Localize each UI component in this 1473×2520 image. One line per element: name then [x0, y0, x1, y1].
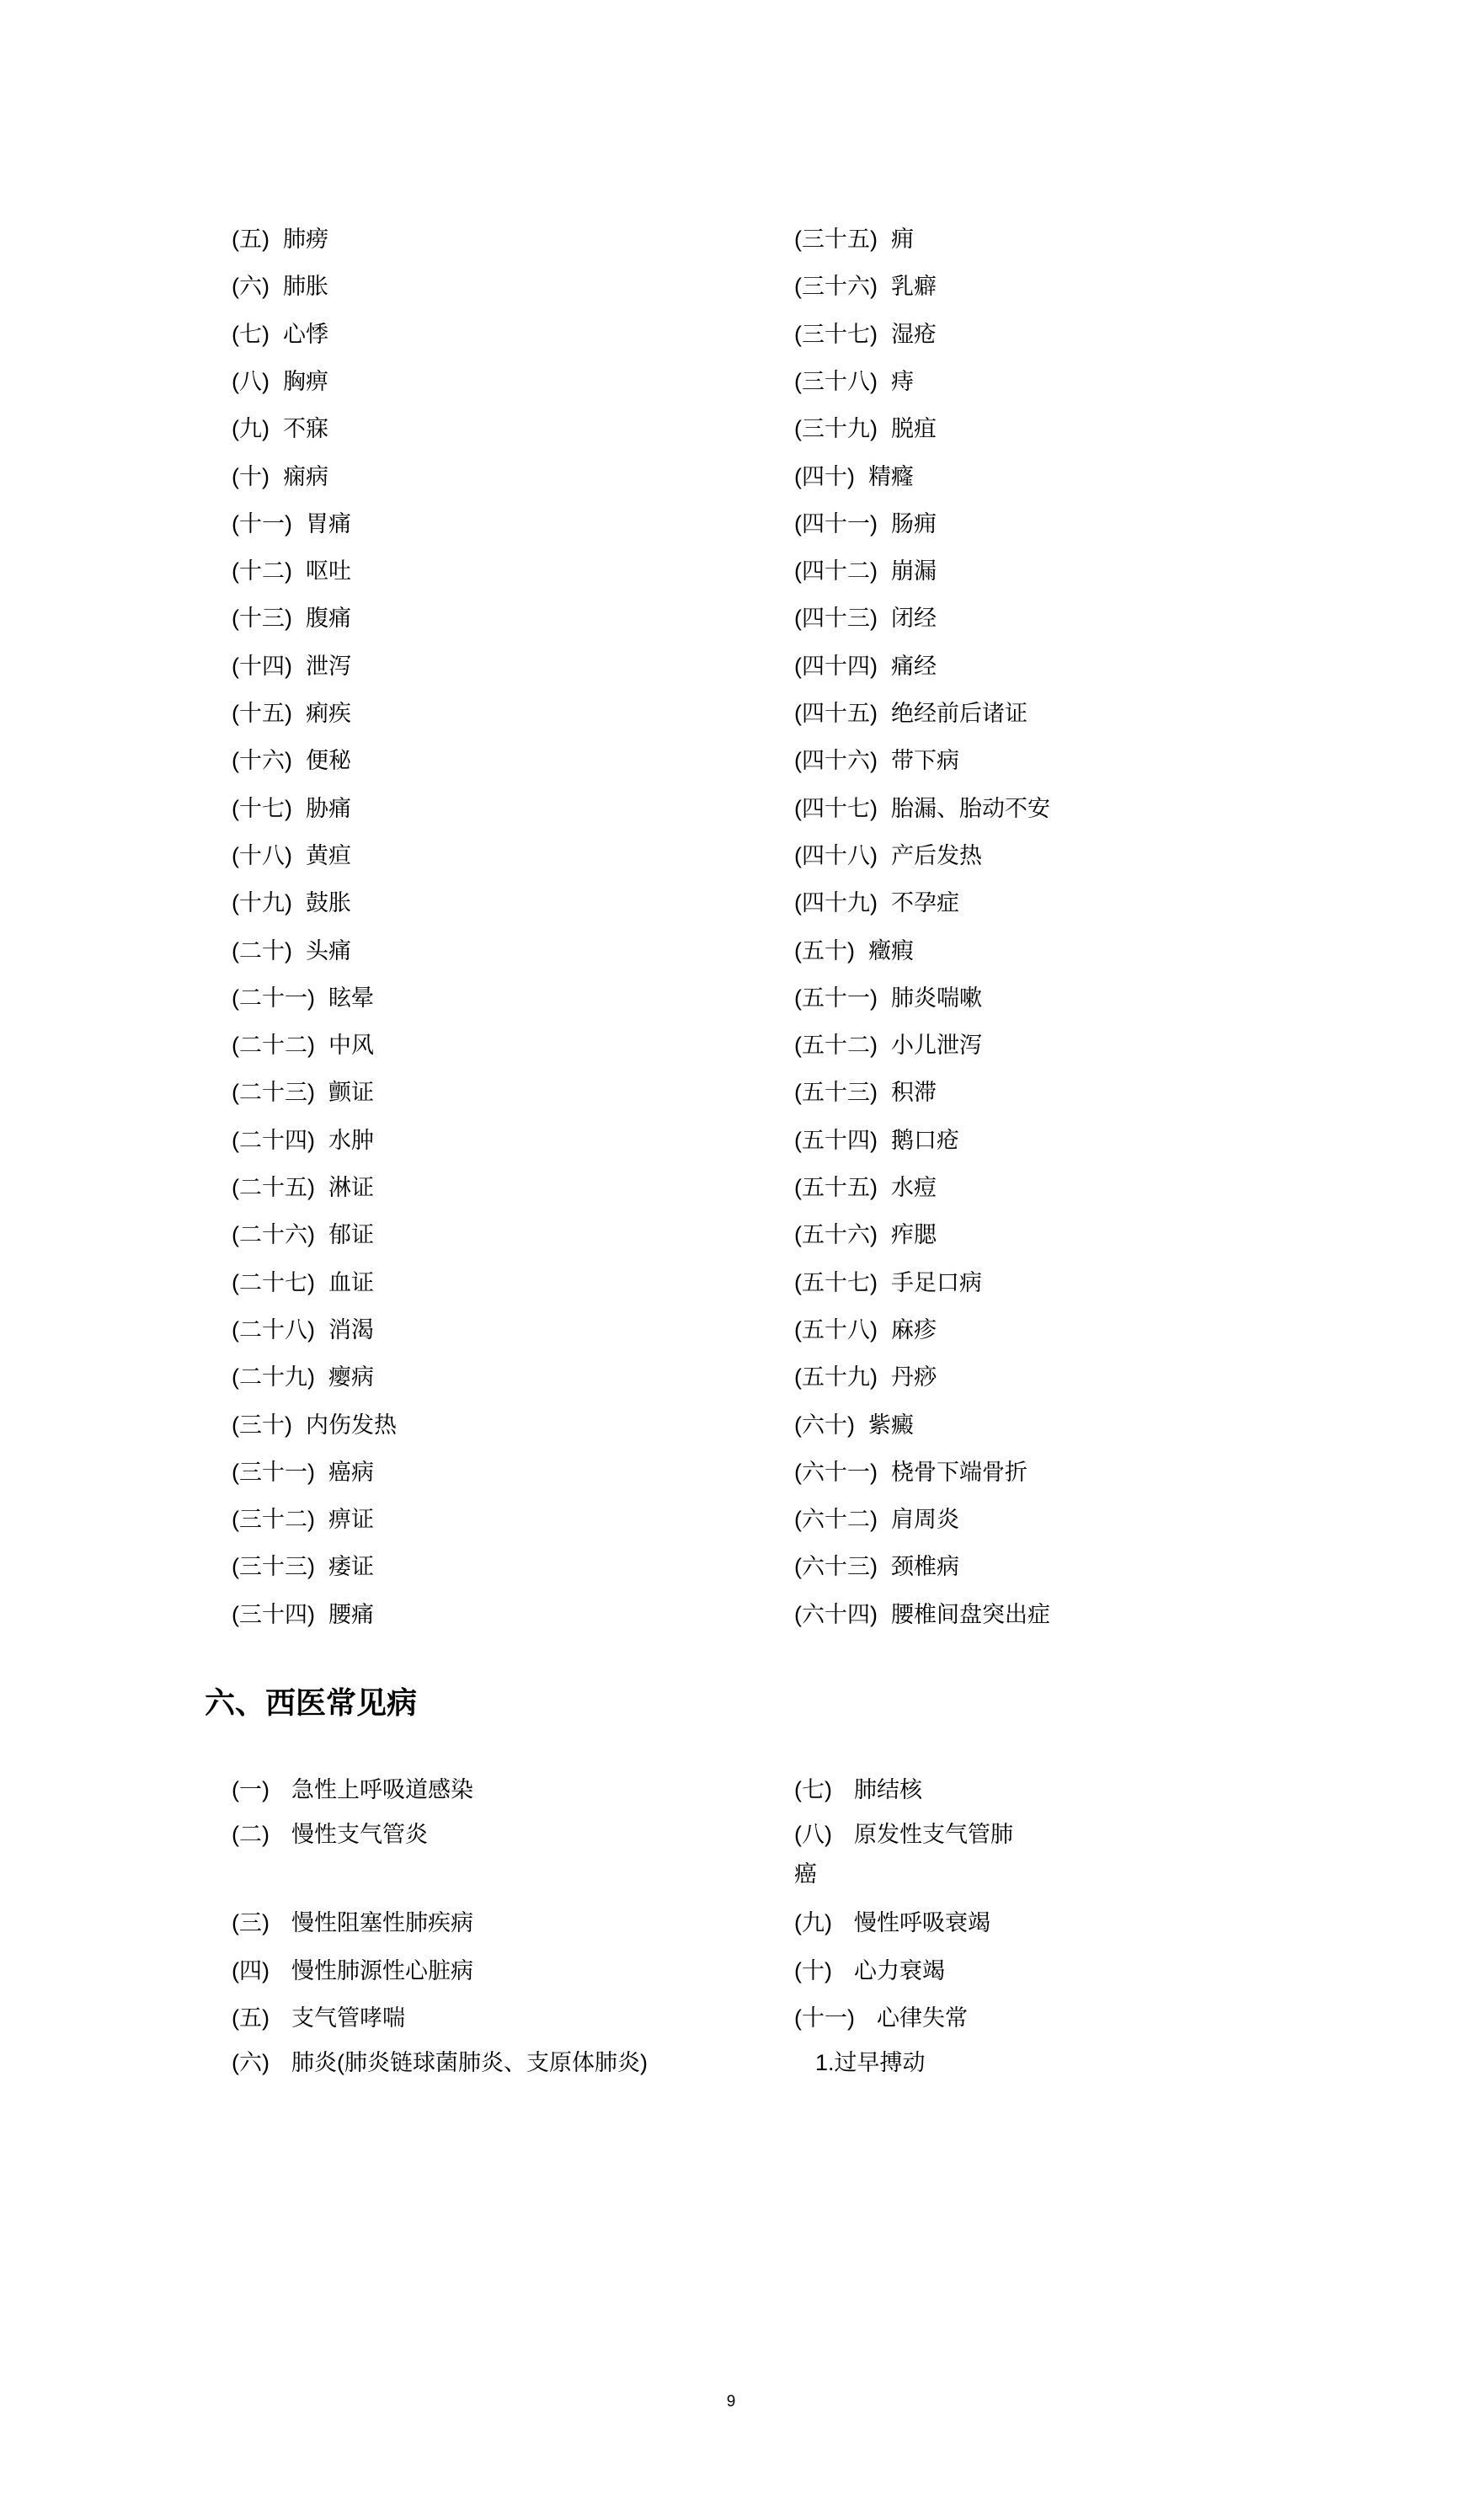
- item-number: (五十): [794, 938, 855, 964]
- item-name: 眩晕: [328, 985, 374, 1011]
- list-item: (二十二)中风: [232, 1028, 374, 1062]
- item-name: 胎漏、胎动不安: [891, 796, 1050, 821]
- list-item: (六十)紫癜: [794, 1408, 914, 1442]
- item-number: (四十三): [794, 606, 878, 631]
- item-number: (二): [232, 1822, 270, 1847]
- list-item: (五十八)麻疹: [794, 1313, 937, 1347]
- list-item: (三十五)痈: [794, 222, 914, 256]
- item-name: 肺胀: [283, 274, 328, 299]
- item-name: 急性上呼吸道感染: [291, 1777, 473, 1802]
- item-name: 慢性肺源性心脏病: [291, 1958, 473, 1983]
- item-name: 呕吐: [306, 558, 351, 584]
- list-item: (二十八)消渴: [232, 1313, 374, 1347]
- item-name: 癥瘕: [868, 938, 914, 964]
- list-item: (二十三)颤证: [232, 1076, 374, 1109]
- item-number: (十七): [232, 796, 292, 821]
- item-name: 痛经: [891, 654, 937, 679]
- item-name: 血证: [328, 1270, 374, 1295]
- list-item: (十六)便秘: [232, 744, 351, 777]
- item-number: (十六): [232, 748, 292, 773]
- item-name: 脱疽: [891, 416, 937, 441]
- section-header: 六、西医常见病: [205, 1684, 417, 1722]
- item-name: 慢性呼吸衰竭: [854, 1910, 990, 1935]
- item-number: (二十三): [232, 1080, 315, 1105]
- list-item-wrapped-line: 癌: [794, 1857, 817, 1891]
- list-item: (五十四)鹅口疮: [794, 1124, 959, 1157]
- item-number: (八): [232, 369, 270, 394]
- item-number: (五十四): [794, 1128, 878, 1153]
- item-name: 胸痹: [283, 369, 328, 394]
- item-name: 痫病: [283, 464, 328, 489]
- item-name: 颈椎病: [891, 1554, 959, 1579]
- item-name: 痢疾: [306, 701, 351, 726]
- item-number: (二十五): [232, 1175, 315, 1200]
- item-name: 腰痛: [328, 1602, 374, 1627]
- list-item: (六)肺炎(肺炎链球菌肺炎、支原体肺炎): [232, 2046, 648, 2080]
- item-number: (六): [232, 2050, 270, 2075]
- item-name: 中风: [328, 1033, 374, 1058]
- item-number: (二十九): [232, 1364, 315, 1390]
- list-item: (二十五)淋证: [232, 1171, 374, 1204]
- item-number: (四十): [794, 464, 855, 489]
- list-item: (三十八)痔: [794, 365, 914, 398]
- item-name: 精癃: [868, 464, 914, 489]
- item-name: 慢性支气管炎: [291, 1822, 428, 1847]
- item-name: 积滞: [891, 1080, 937, 1105]
- list-item: (九)不寐: [232, 412, 328, 446]
- list-item: (五十一)肺炎喘嗽: [794, 981, 982, 1015]
- list-item: (四十)精癃: [794, 460, 914, 494]
- item-name: 带下病: [891, 748, 959, 773]
- item-name: 泄泻: [306, 654, 351, 679]
- list-item: (十九)鼓胀: [232, 886, 351, 920]
- item-number: (二十四): [232, 1128, 315, 1153]
- item-number: (三十三): [232, 1554, 315, 1579]
- item-number: (二十二): [232, 1033, 315, 1058]
- item-name: 湿疮: [891, 322, 937, 347]
- item-number: (七): [794, 1777, 832, 1802]
- list-item: (四十四)痛经: [794, 649, 937, 683]
- document-page: (五)肺痨(六)肺胀(七)心悸(八)胸痹(九)不寐(十)痫病(十一)胃痛(十二)…: [0, 0, 1473, 2520]
- item-name: 小儿泄泻: [891, 1033, 982, 1058]
- item-name: 胃痛: [306, 511, 351, 537]
- item-number: (三十四): [232, 1602, 315, 1627]
- item-name: 淋证: [328, 1175, 374, 1200]
- list-item: (四十一)肠痈: [794, 507, 937, 541]
- item-number: (四十二): [794, 558, 878, 584]
- item-number: (四十一): [794, 511, 878, 537]
- list-item: (二十)头痛: [232, 934, 351, 968]
- item-name: 心悸: [283, 322, 328, 347]
- item-name: 鹅口疮: [891, 1128, 959, 1153]
- item-name: 手足口病: [891, 1270, 982, 1295]
- item-number: (七): [232, 322, 270, 347]
- item-name: 丹痧: [891, 1364, 937, 1390]
- item-number: (十): [794, 1958, 832, 1983]
- item-name: 紫癜: [868, 1412, 914, 1438]
- item-number: (五十六): [794, 1222, 878, 1247]
- item-name: 桡骨下端骨折: [891, 1460, 1027, 1485]
- item-number: (三十一): [232, 1460, 315, 1485]
- list-item: (四十六)带下病: [794, 744, 959, 777]
- item-number: (五): [232, 2005, 270, 2031]
- item-number: (十二): [232, 558, 292, 584]
- item-number: (五十七): [794, 1270, 878, 1295]
- list-item: (六十二)肩周炎: [794, 1503, 959, 1536]
- item-number: (一): [232, 1777, 270, 1802]
- list-item: (三)慢性阻塞性肺疾病: [232, 1906, 473, 1940]
- list-item: (四十九)不孕症: [794, 886, 959, 920]
- list-item: (七)心悸: [232, 318, 328, 351]
- item-number: (六十二): [794, 1507, 878, 1532]
- item-number: (二十八): [232, 1317, 315, 1343]
- item-name: 水肿: [328, 1128, 374, 1153]
- item-number: (六十四): [794, 1602, 878, 1627]
- list-item: (三十六)乳癖: [794, 270, 937, 303]
- item-number: (二十一): [232, 985, 315, 1011]
- item-name: 肺炎喘嗽: [891, 985, 982, 1011]
- list-item: (三十三)痿证: [232, 1550, 374, 1583]
- list-item: (二)慢性支气管炎: [232, 1818, 428, 1851]
- list-item: (十八)黄疸: [232, 839, 351, 873]
- list-item: (五十)癥瘕: [794, 934, 914, 968]
- list-item: (八)原发性支气管肺: [794, 1818, 1013, 1851]
- item-name: 颤证: [328, 1080, 374, 1105]
- item-name: 原发性支气管肺: [854, 1822, 1013, 1847]
- item-number: (五十八): [794, 1317, 878, 1343]
- list-item: (三十二)痹证: [232, 1503, 374, 1536]
- item-number: 1.: [815, 2050, 835, 2075]
- item-name: 癌病: [328, 1460, 374, 1485]
- list-item: (五十二)小儿泄泻: [794, 1028, 982, 1062]
- list-item: (五十九)丹痧: [794, 1360, 937, 1394]
- list-item: (四)慢性肺源性心脏病: [232, 1954, 473, 1988]
- item-name: 支气管哮喘: [291, 2005, 405, 2031]
- item-number: (三十八): [794, 369, 878, 394]
- list-item: (十五)痢疾: [232, 697, 351, 730]
- item-name: 水痘: [891, 1175, 937, 1200]
- item-number: (三十九): [794, 416, 878, 441]
- list-item: (二十七)血证: [232, 1266, 374, 1300]
- item-number: (三十六): [794, 274, 878, 299]
- item-name: 痈: [891, 227, 914, 252]
- item-number: (九): [794, 1910, 832, 1935]
- item-number: (五): [232, 227, 270, 252]
- page-number: 9: [697, 2390, 765, 2414]
- item-name: 绝经前后诸证: [891, 701, 1027, 726]
- item-number: (十五): [232, 701, 292, 726]
- item-number: (十一): [232, 511, 292, 537]
- item-number: (五十二): [794, 1033, 878, 1058]
- item-name: 鼓胀: [306, 890, 351, 916]
- item-number: (十四): [232, 654, 292, 679]
- list-item: (五十七)手足口病: [794, 1266, 982, 1300]
- list-item: (二十四)水肿: [232, 1124, 374, 1157]
- item-number: (四十七): [794, 796, 878, 821]
- item-name: 黄疸: [306, 843, 351, 868]
- item-name: 闭经: [891, 606, 937, 631]
- list-item: (四十二)崩漏: [794, 554, 937, 588]
- item-number: (三十二): [232, 1507, 315, 1532]
- list-item: (四十七)胎漏、胎动不安: [794, 792, 1050, 825]
- list-item: (十)心力衰竭: [794, 1954, 945, 1988]
- list-item: (五十六)痄腮: [794, 1218, 937, 1252]
- item-name: 肺痨: [283, 227, 328, 252]
- item-number: (六): [232, 274, 270, 299]
- list-item: (三十七)湿疮: [794, 318, 937, 351]
- item-number: (四十四): [794, 654, 878, 679]
- list-item: (四十八)产后发热: [794, 839, 982, 873]
- item-number: (六十): [794, 1412, 855, 1438]
- item-number: (十八): [232, 843, 292, 868]
- list-item: (五)支气管哮喘: [232, 2001, 405, 2035]
- item-number: (三十): [232, 1412, 292, 1438]
- item-name: 麻疹: [891, 1317, 937, 1343]
- list-item: (五)肺痨: [232, 222, 328, 256]
- list-item: (十二)呕吐: [232, 554, 351, 588]
- item-name: 痹证: [328, 1507, 374, 1532]
- list-item: (三十一)癌病: [232, 1455, 374, 1489]
- item-name: 胁痛: [306, 796, 351, 821]
- item-number: (五十一): [794, 985, 878, 1011]
- list-item: (三十)内伤发热: [232, 1408, 397, 1442]
- list-item: (五十五)水痘: [794, 1171, 937, 1204]
- item-number: (十一): [794, 2005, 855, 2031]
- item-number: (四十八): [794, 843, 878, 868]
- list-item: (六十一)桡骨下端骨折: [794, 1455, 1027, 1489]
- item-number: (三): [232, 1910, 270, 1935]
- list-item: (八)胸痹: [232, 365, 328, 398]
- item-number: (四): [232, 1958, 270, 1983]
- item-name: 腰椎间盘突出症: [891, 1602, 1050, 1627]
- item-name: 腹痛: [306, 606, 351, 631]
- item-name: 痿证: [328, 1554, 374, 1579]
- item-name: 郁证: [328, 1222, 374, 1247]
- item-name: 肺炎(肺炎链球菌肺炎、支原体肺炎): [291, 2050, 648, 2075]
- item-name: 心力衰竭: [854, 1958, 945, 1983]
- list-item: (五十三)积滞: [794, 1076, 937, 1109]
- item-number: (八): [794, 1822, 832, 1847]
- item-name: 崩漏: [891, 558, 937, 584]
- item-number: (四十五): [794, 701, 878, 726]
- item-number: (五十九): [794, 1364, 878, 1390]
- item-name: 不寐: [283, 416, 328, 441]
- item-name: 痔: [891, 369, 914, 394]
- item-name: 消渴: [328, 1317, 374, 1343]
- list-item: (六)肺胀: [232, 270, 328, 303]
- item-name: 慢性阻塞性肺疾病: [291, 1910, 473, 1935]
- item-number: (四十九): [794, 890, 878, 916]
- item-number: (六十一): [794, 1460, 878, 1485]
- item-number: (九): [232, 416, 270, 441]
- list-item: (四十五)绝经前后诸证: [794, 697, 1027, 730]
- item-number: (五十三): [794, 1080, 878, 1105]
- item-name: 内伤发热: [306, 1412, 397, 1438]
- item-number: (二十): [232, 938, 292, 964]
- item-name: 肠痈: [891, 511, 937, 537]
- item-number: (十九): [232, 890, 292, 916]
- item-number: (五十五): [794, 1175, 878, 1200]
- item-number: (十): [232, 464, 270, 489]
- list-item: (十四)泄泻: [232, 649, 351, 683]
- list-item: (一)急性上呼吸道感染: [232, 1773, 473, 1807]
- item-name: 心律失常: [877, 2005, 968, 2031]
- list-item: (六十三)颈椎病: [794, 1550, 959, 1583]
- item-name: 痄腮: [891, 1222, 937, 1247]
- item-name: 头痛: [306, 938, 351, 964]
- item-number: (二十七): [232, 1270, 315, 1295]
- list-item: (九)慢性呼吸衰竭: [794, 1906, 990, 1940]
- list-item: (十一)心律失常: [794, 2001, 968, 2035]
- list-item: (十七)胁痛: [232, 792, 351, 825]
- list-item: (六十四)腰椎间盘突出症: [794, 1598, 1050, 1631]
- list-item: 1.过早搏动: [815, 2046, 926, 2080]
- item-number: (十三): [232, 606, 292, 631]
- item-number: (二十六): [232, 1222, 315, 1247]
- list-item: (七)肺结核: [794, 1773, 922, 1807]
- list-item: (十三)腹痛: [232, 601, 351, 635]
- list-item: (十)痫病: [232, 460, 328, 494]
- item-name: 肺结核: [854, 1777, 922, 1802]
- item-name: 肩周炎: [891, 1507, 959, 1532]
- item-name: 不孕症: [891, 890, 959, 916]
- item-name: 产后发热: [891, 843, 982, 868]
- item-number: (三十五): [794, 227, 878, 252]
- list-item: (十一)胃痛: [232, 507, 351, 541]
- list-item: (三十四)腰痛: [232, 1598, 374, 1631]
- item-number: (四十六): [794, 748, 878, 773]
- item-name: 瘿病: [328, 1364, 374, 1390]
- item-number: (六十三): [794, 1554, 878, 1579]
- list-item: (四十三)闭经: [794, 601, 937, 635]
- list-item: (二十九)瘿病: [232, 1360, 374, 1394]
- list-item: (二十一)眩晕: [232, 981, 374, 1015]
- item-name: 乳癖: [891, 274, 937, 299]
- item-number: (三十七): [794, 322, 878, 347]
- list-item: (二十六)郁证: [232, 1218, 374, 1252]
- list-item: (三十九)脱疽: [794, 412, 937, 446]
- item-name: 过早搏动: [835, 2050, 926, 2075]
- item-name: 便秘: [306, 748, 351, 773]
